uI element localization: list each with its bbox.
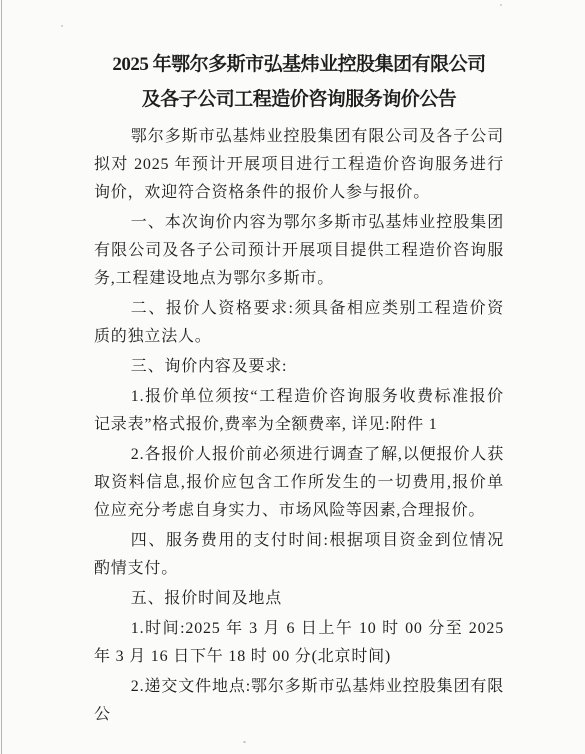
paragraph-intro: 鄂尔多斯市弘基炜业控股集团有限公司及各子公司拟对 2025 年预计开展项目进行工… [94,123,504,207]
document-body: 鄂尔多斯市弘基炜业控股集团有限公司及各子公司拟对 2025 年预计开展项目进行工… [94,123,504,729]
document-title-line-1: 2025 年鄂尔多斯市弘基炜业控股集团有限公司 [94,47,504,82]
document-title-line-2: 及各子公司工程造价咨询服务询价公告 [94,82,504,117]
paragraph-item-3-2-investigation: 2.各报价人报价前必须进行调查了解,以便报价人获取资料信息,报价应包含工作所发生… [94,441,504,525]
paragraph-section-2-bidder-qualification: 二、报价人资格要求:须具备相应类别工程造价资质的独立法人。 [94,295,504,351]
scan-speck [360,152,362,154]
scan-speck [243,741,246,743]
paragraph-item-5-2-submission-place: 2.递交文件地点:鄂尔多斯市弘基炜业控股集团有限公 [94,673,504,729]
paragraph-section-1-inquiry-content: 一、本次询价内容为鄂尔多斯市弘基炜业控股集团有限公司及各子公司预计开展项目提供工… [94,209,504,293]
scan-speck [429,310,431,312]
paragraph-section-3-heading: 三、询价内容及要求: [94,353,504,381]
scan-speck [61,25,63,27]
paragraph-section-4-payment-time: 四、服务费用的支付时间:根据项目资金到位情况酌情支付。 [94,527,504,583]
document-title: 2025 年鄂尔多斯市弘基炜业控股集团有限公司 及各子公司工程造价咨询服务询价公… [94,47,504,117]
scan-edge-line [1,0,2,754]
paragraph-item-5-1-time: 1.时间:2025 年 3 月 6 日上午 10 时 00 分至 2025 年 … [94,615,504,671]
paragraph-item-3-1-quote-format: 1.报价单位须按“工程造价咨询服务收费标准报价记录表”格式报价,费率为全额费率,… [94,383,504,439]
document-page: 2025 年鄂尔多斯市弘基炜业控股集团有限公司 及各子公司工程造价咨询服务询价公… [0,0,585,754]
document-content: 2025 年鄂尔多斯市弘基炜业控股集团有限公司 及各子公司工程造价咨询服务询价公… [94,47,504,731]
scan-speck [500,4,502,6]
paragraph-section-5-heading: 五、报价时间及地点 [94,585,504,613]
